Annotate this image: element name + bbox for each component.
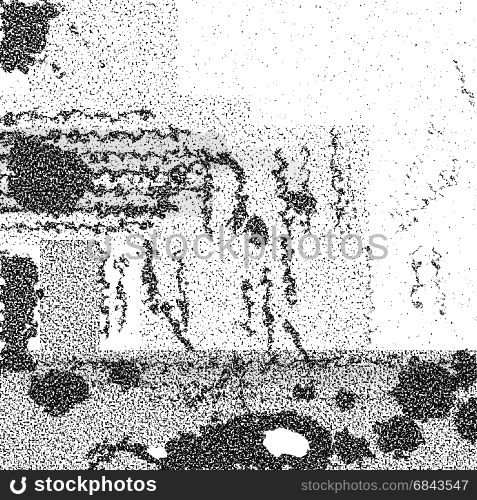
footer-brand-text: stockphotos <box>34 475 157 495</box>
grunge-texture-art <box>0 0 477 470</box>
footer-brand: stockphotos <box>9 475 157 495</box>
footer-credit: stockphotos.com/6843547 <box>301 478 469 492</box>
footer-site-text: stockphotos.com/ <box>301 477 413 493</box>
footer-image-id: 6843547 <box>413 477 469 493</box>
footer-bar: stockphotos stockphotos.com/6843547 <box>0 470 477 500</box>
smile-dot-logo-icon <box>9 475 28 495</box>
grunge-texture-image: stockphotos <box>0 0 477 470</box>
stock-photo-preview: stockphotos stockphotos stockphotos.com/… <box>0 0 477 500</box>
